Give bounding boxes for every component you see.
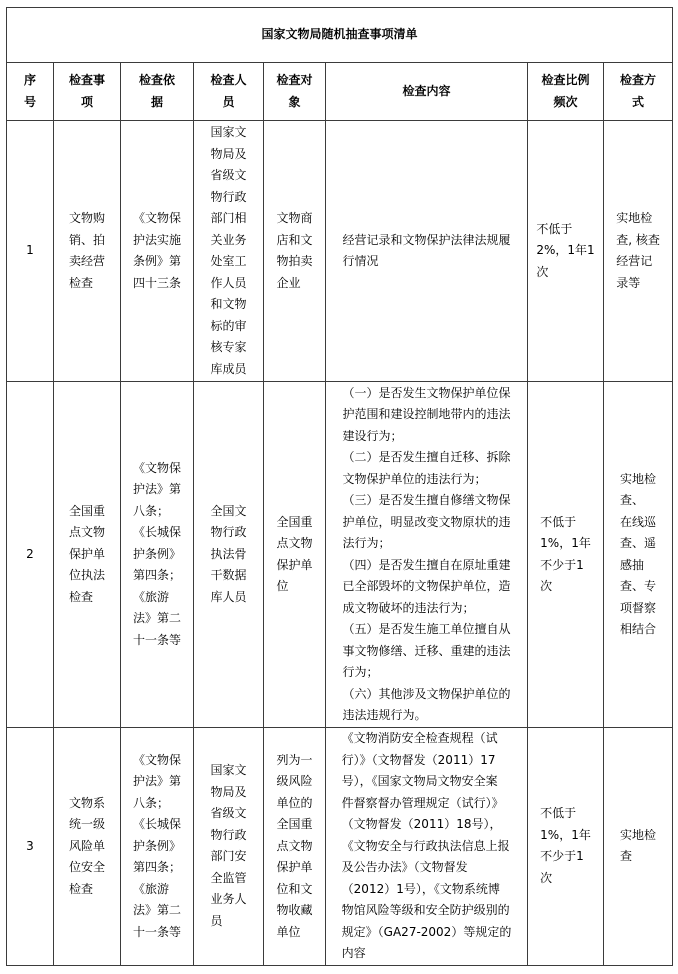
row3-target-cell: 列为一 级风险 单位的 全国重 点文物 保护单 位和文 物收藏 单位 — [264, 728, 326, 966]
row1-target: 文物商 店和文 物拍卖 企业 — [276, 208, 312, 294]
row1-basis-cell: 《文物保 护法实施 条例》第 四十三条 — [121, 121, 194, 382]
header-inspection-item: 检查事 项 — [54, 63, 121, 121]
row3-target: 列为一 级风险 单位的 全国重 点文物 保护单 位和文 物收藏 单位 — [276, 750, 312, 944]
row2-item-cell: 全国重 点文物 保护单 位执法 检查 — [54, 382, 121, 728]
row2-basis: 《文物保 护法》第 八条； 《长城保 护条例》 第四条； 《旅游 法》第二 十一… — [133, 458, 181, 652]
row3-item: 文物系 统一级 风险单 位安全 检查 — [69, 793, 105, 901]
row3-serial-no-cell: 3 — [7, 728, 54, 966]
row3-content-cell: 《文物消防安全检查规程（试 行）》（文物督发（2011）17 号），《国家文物局… — [326, 728, 528, 966]
row1-method: 实地检 查, 核查 经营记 录等 — [616, 208, 660, 294]
inspection-items-table: 国家文物局随机抽查事项清单 序 号 检查事 项 检查依 据 检查人 员 检查对 … — [6, 7, 673, 966]
table-title: 国家文物局随机抽查事项清单 — [7, 8, 673, 63]
row3-basis: 《文物保 护法》第 八条； 《长城保 护条例》 第四条； 《旅游 法》第二 十一… — [133, 750, 181, 944]
row1-target-cell: 文物商 店和文 物拍卖 企业 — [264, 121, 326, 382]
header-inspection-content: 检查内容 — [326, 63, 528, 121]
document-page: 国家文物局随机抽查事项清单 序 号 检查事 项 检查依 据 检查人 员 检查对 … — [0, 0, 678, 974]
row2-frequency: 不低于 1%，1年 不少于1 次 — [540, 512, 591, 598]
row2-content: （一）是否发生文物保护单位保 护范围和建设控制地带内的违法 建设行为； （二）是… — [342, 383, 510, 727]
header-inspection-basis: 检查依 据 — [121, 63, 194, 121]
row3-item-cell: 文物系 统一级 风险单 位安全 检查 — [54, 728, 121, 966]
header-inspection-method: 检查方 式 — [604, 63, 673, 121]
row2-frequency-cell: 不低于 1%，1年 不少于1 次 — [528, 382, 604, 728]
row3-basis-cell: 《文物保 护法》第 八条； 《长城保 护条例》 第四条； 《旅游 法》第二 十一… — [121, 728, 194, 966]
row3-content: 《文物消防安全检查规程（试 行）》（文物督发（2011）17 号），《国家文物局… — [342, 728, 512, 965]
row2-serial-no: 2 — [26, 544, 34, 566]
table-title-row: 国家文物局随机抽查事项清单 — [7, 8, 673, 63]
row1-serial-no: 1 — [26, 240, 34, 262]
table-row-3: 3 文物系 统一级 风险单 位安全 检查 《文物保 护法》第 八条； 《长城保 … — [7, 728, 673, 966]
row3-personnel: 国家文 物局及 省级文 物行政 部门安 全监管 业务人 员 — [210, 760, 246, 932]
row3-serial-no: 3 — [26, 836, 34, 858]
row1-basis: 《文物保 护法实施 条例》第 四十三条 — [133, 208, 181, 294]
row2-target: 全国重 点文物 保护单 位 — [276, 512, 312, 598]
row1-method-cell: 实地检 查, 核查 经营记 录等 — [604, 121, 673, 382]
header-inspection-frequency: 检查比例 频次 — [528, 63, 604, 121]
row1-personnel: 国家文 物局及 省级文 物行政 部门相 关业务 处室工 作人员 和文物 标的审 … — [210, 122, 246, 380]
table-row-2: 2 全国重 点文物 保护单 位执法 检查 《文物保 护法》第 八条； 《长城保 … — [7, 382, 673, 728]
header-serial-no: 序 号 — [7, 63, 54, 121]
row3-frequency: 不低于 1%，1年 不少于1 次 — [540, 803, 591, 889]
row2-method-cell: 实地检 查、 在线巡 查、遥 感抽 查、专 项督察 相结合 — [604, 382, 673, 728]
table-row-1: 1 文物购 销、拍 卖经营 检查 《文物保 护法实施 条例》第 四十三条 国家文… — [7, 121, 673, 382]
row3-method: 实地检 查 — [620, 825, 656, 868]
row2-serial-no-cell: 2 — [7, 382, 54, 728]
row2-personnel: 全国文 物行政 执法骨 干数据 库人员 — [210, 501, 246, 609]
row1-frequency: 不低于 2%，1年1 次 — [536, 219, 594, 284]
row1-content: 经营记录和文物保护法律法规履 行情况 — [342, 230, 510, 273]
row1-frequency-cell: 不低于 2%，1年1 次 — [528, 121, 604, 382]
table-header-row: 序 号 检查事 项 检查依 据 检查人 员 检查对 象 检查内容 检查比例 频次… — [7, 63, 673, 121]
row2-personnel-cell: 全国文 物行政 执法骨 干数据 库人员 — [194, 382, 264, 728]
header-inspection-target: 检查对 象 — [264, 63, 326, 121]
row2-basis-cell: 《文物保 护法》第 八条； 《长城保 护条例》 第四条； 《旅游 法》第二 十一… — [121, 382, 194, 728]
row1-item-cell: 文物购 销、拍 卖经营 检查 — [54, 121, 121, 382]
row3-frequency-cell: 不低于 1%，1年 不少于1 次 — [528, 728, 604, 966]
row3-personnel-cell: 国家文 物局及 省级文 物行政 部门安 全监管 业务人 员 — [194, 728, 264, 966]
row1-item: 文物购 销、拍 卖经营 检查 — [69, 208, 105, 294]
row2-target-cell: 全国重 点文物 保护单 位 — [264, 382, 326, 728]
row1-content-cell: 经营记录和文物保护法律法规履 行情况 — [326, 121, 528, 382]
row3-method-cell: 实地检 查 — [604, 728, 673, 966]
row2-content-cell: （一）是否发生文物保护单位保 护范围和建设控制地带内的违法 建设行为； （二）是… — [326, 382, 528, 728]
row1-serial-no-cell: 1 — [7, 121, 54, 382]
row1-personnel-cell: 国家文 物局及 省级文 物行政 部门相 关业务 处室工 作人员 和文物 标的审 … — [194, 121, 264, 382]
row2-item: 全国重 点文物 保护单 位执法 检查 — [69, 501, 105, 609]
header-inspection-personnel: 检查人 员 — [194, 63, 264, 121]
row2-method: 实地检 查、 在线巡 查、遥 感抽 查、专 项督察 相结合 — [620, 469, 656, 641]
